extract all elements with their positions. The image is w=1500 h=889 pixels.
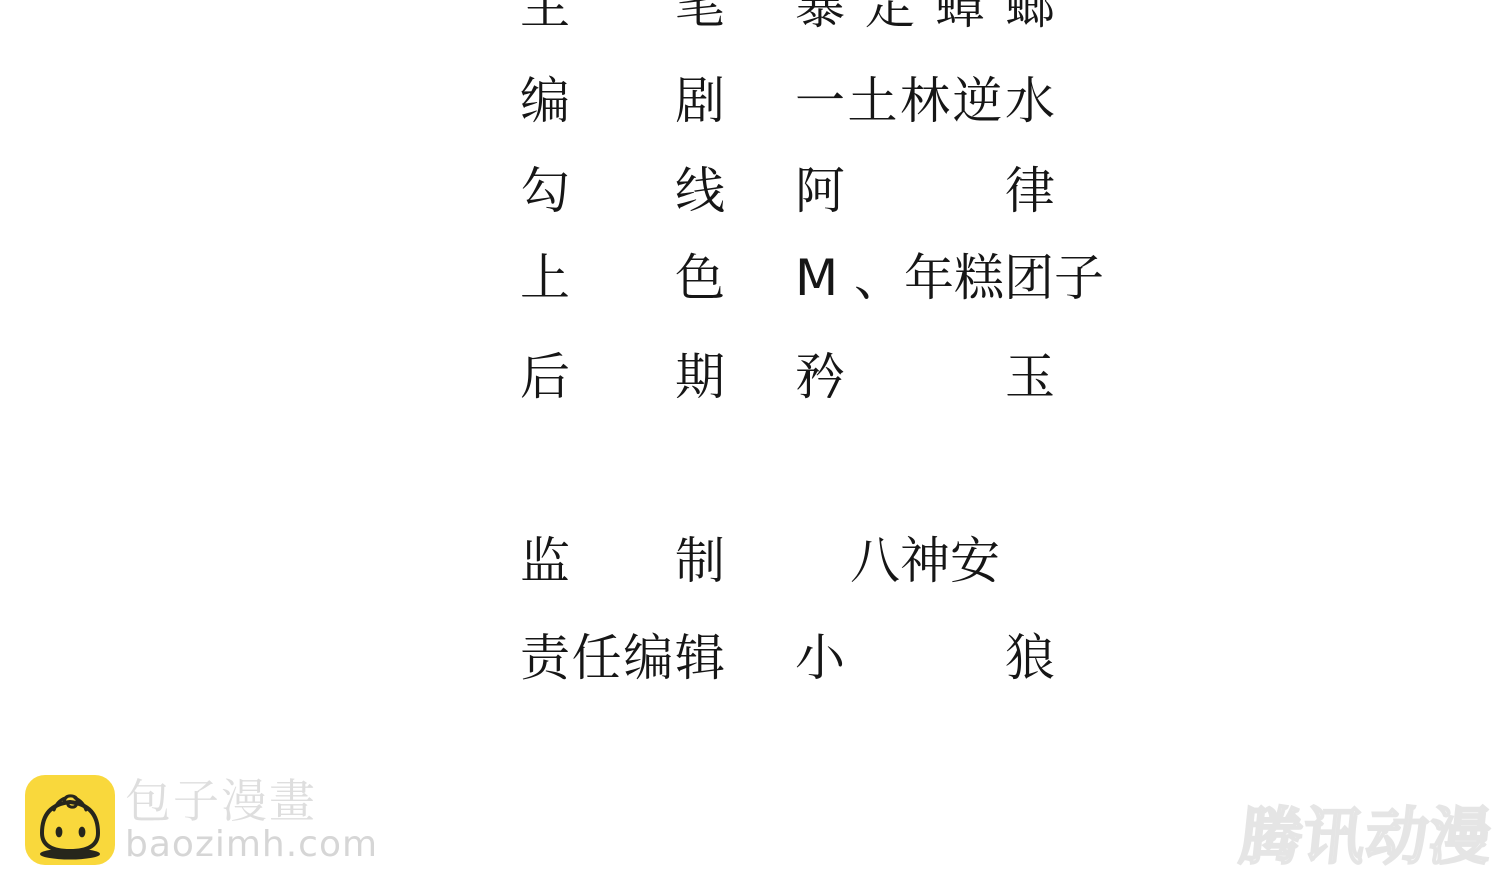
credit-name: 小狼 [795, 630, 1055, 686]
credit-role: 编剧 [520, 73, 725, 129]
credit-name: 八神安 [795, 533, 1055, 589]
credit-row-supervisor: 监制 八神安 [0, 533, 1500, 589]
credit-name: 一土林逆水 [795, 73, 1055, 129]
credit-row-screenwriter: 编剧 一土林逆水 [0, 73, 1500, 129]
credit-role: 后期 [520, 349, 725, 405]
credit-row-post-production: 后期 矜玉 [0, 349, 1500, 405]
credit-role: 上色 [520, 250, 725, 306]
baozimh-site-url: baozimh.com [125, 826, 378, 864]
credit-role: 勾线 [520, 163, 725, 219]
baozi-bun-icon [25, 775, 115, 865]
comic-credits-page: 主笔 暴走蟑螂 编剧 一土林逆水 勾线 阿律 上色 M 、年糕团子 后期 矜玉 … [0, 0, 1500, 889]
credit-name: 矜玉 [795, 349, 1055, 405]
credit-role: 责任编辑 [520, 630, 725, 686]
credit-row-coloring: 上色 M 、年糕团子 [0, 250, 1500, 306]
baozimh-site-name: 包子漫畫 [125, 776, 378, 826]
credit-row-editor: 责任编辑 小狼 [0, 630, 1500, 686]
credit-name: 暴走蟑螂 [795, 0, 1055, 34]
credit-role: 主笔 [520, 0, 725, 34]
credit-row-line-art: 勾线 阿律 [0, 163, 1500, 219]
credit-row-main-artist: 主笔 暴走蟑螂 [0, 0, 1500, 34]
credit-name: 阿律 [795, 163, 1055, 219]
baozimh-watermark: 包子漫畫 baozimh.com [25, 775, 378, 865]
credit-name: M 、年糕团子 [795, 250, 1135, 306]
credit-role: 监制 [520, 533, 725, 589]
baozimh-watermark-text: 包子漫畫 baozimh.com [125, 776, 378, 864]
tencent-comics-logo: 腾讯动漫 [1236, 800, 1500, 874]
